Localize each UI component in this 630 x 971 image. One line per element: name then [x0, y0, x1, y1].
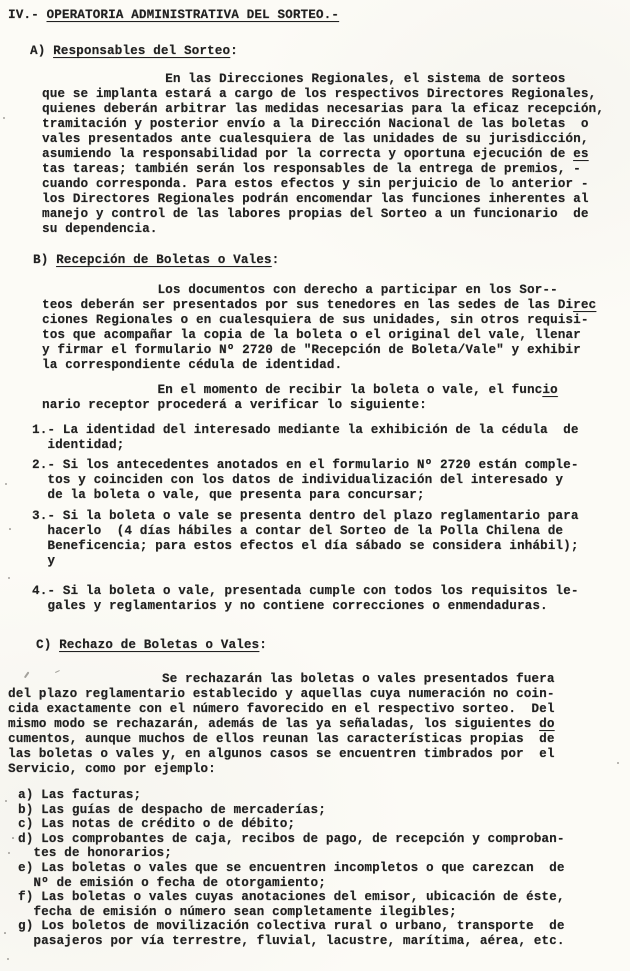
break-line-text: mismo modo se rechazarán, además de las …	[8, 717, 539, 731]
scan-speck	[8, 577, 10, 579]
break-line-underlined-syllable: do	[539, 717, 554, 731]
numbered-item-1: 1.- La identidad del interesado mediante…	[32, 423, 579, 453]
section-a-paragraph-bottom: tas tareas; también serán los responsabl…	[42, 162, 589, 237]
section-c-label: C)	[36, 638, 59, 652]
section-c-heading-colon: :	[259, 638, 267, 652]
section-a-paragraph-top: En las Direcciones Regionales, el sistem…	[42, 72, 604, 147]
scan-speck	[3, 117, 5, 119]
scan-speck	[4, 932, 6, 934]
break-line-text: teos deberán ser presentados por sus ten…	[42, 298, 573, 312]
numbered-item-4: 4.- Si la boleta o vale, presentada cump…	[32, 584, 579, 614]
section-a-hyphen-break-line: asumiendo la responsabilidad por la corr…	[42, 147, 589, 162]
scan-speck	[5, 800, 7, 802]
break-line-underlined-syllable: es	[573, 147, 588, 161]
numbered-item-3: 3.- Si la boleta o vale se presenta dent…	[32, 509, 579, 569]
lettered-item-list: a) Las facturas; b) Las guías de despach…	[18, 788, 565, 949]
section-a-heading: A) Responsables del Sorteo:	[30, 44, 238, 59]
section-b-paragraph2-break-line: En el momento de recibir la boleta o val…	[42, 383, 558, 398]
section-b-heading: B) Recepción de Boletas o Vales:	[33, 253, 279, 268]
section-b-paragraph2-line2: nario receptor procederá a verificar lo …	[42, 398, 427, 413]
scanned-document-page: IV.- OPERATORIA ADMINISTRATIVA DEL SORTE…	[0, 0, 630, 971]
section-a-label: A)	[30, 44, 53, 58]
document-title: IV.- OPERATORIA ADMINISTRATIVA DEL SORTE…	[8, 8, 339, 23]
scan-speck	[5, 483, 7, 485]
title-number: IV.-	[8, 8, 47, 22]
section-c-paragraph-top: Se rechazarán las boletas o vales presen…	[8, 672, 555, 717]
scan-speck	[12, 837, 14, 839]
section-c-hyphen-break-line: mismo modo se rechazarán, además de las …	[8, 717, 555, 732]
title-text: OPERATORIA ADMINISTRATIVA DEL SORTEO.-	[47, 8, 340, 22]
numbered-item-2: 2.- Si los antecedentes anotados en el f…	[32, 458, 579, 503]
section-b-heading-text: Recepción de Boletas o Vales	[56, 253, 272, 267]
section-c-heading-text: Rechazo de Boletas o Vales	[59, 638, 259, 652]
section-b-label: B)	[33, 253, 56, 267]
section-b-paragraph1-line1: Los documentos con derecho a participar …	[42, 283, 558, 298]
section-b-paragraph1-break-line: teos deberán ser presentados por sus ten…	[42, 298, 596, 313]
scan-speck	[617, 762, 619, 764]
break-line-text: asumiendo la responsabilidad por la corr…	[42, 147, 573, 161]
section-c-paragraph-rest: cumentos, aunque muchos de ellos reunan …	[8, 732, 555, 777]
break-line-text: En el momento de recibir la boleta o val…	[42, 383, 542, 397]
section-c-heading: C) Rechazo de Boletas o Vales:	[36, 638, 267, 653]
break-line-underlined-syllable: io	[542, 383, 557, 397]
break-line-underlined-syllable: rec	[573, 298, 596, 312]
scan-speck	[9, 528, 11, 530]
section-b-paragraph1-rest: ciones Regionales o en cualesquiera de s…	[42, 313, 589, 373]
section-a-heading-text: Responsables del Sorteo	[53, 44, 230, 58]
section-b-heading-colon: :	[272, 253, 280, 267]
section-a-heading-colon: :	[230, 44, 238, 58]
scan-speck	[8, 852, 10, 854]
scan-speck	[7, 958, 9, 960]
